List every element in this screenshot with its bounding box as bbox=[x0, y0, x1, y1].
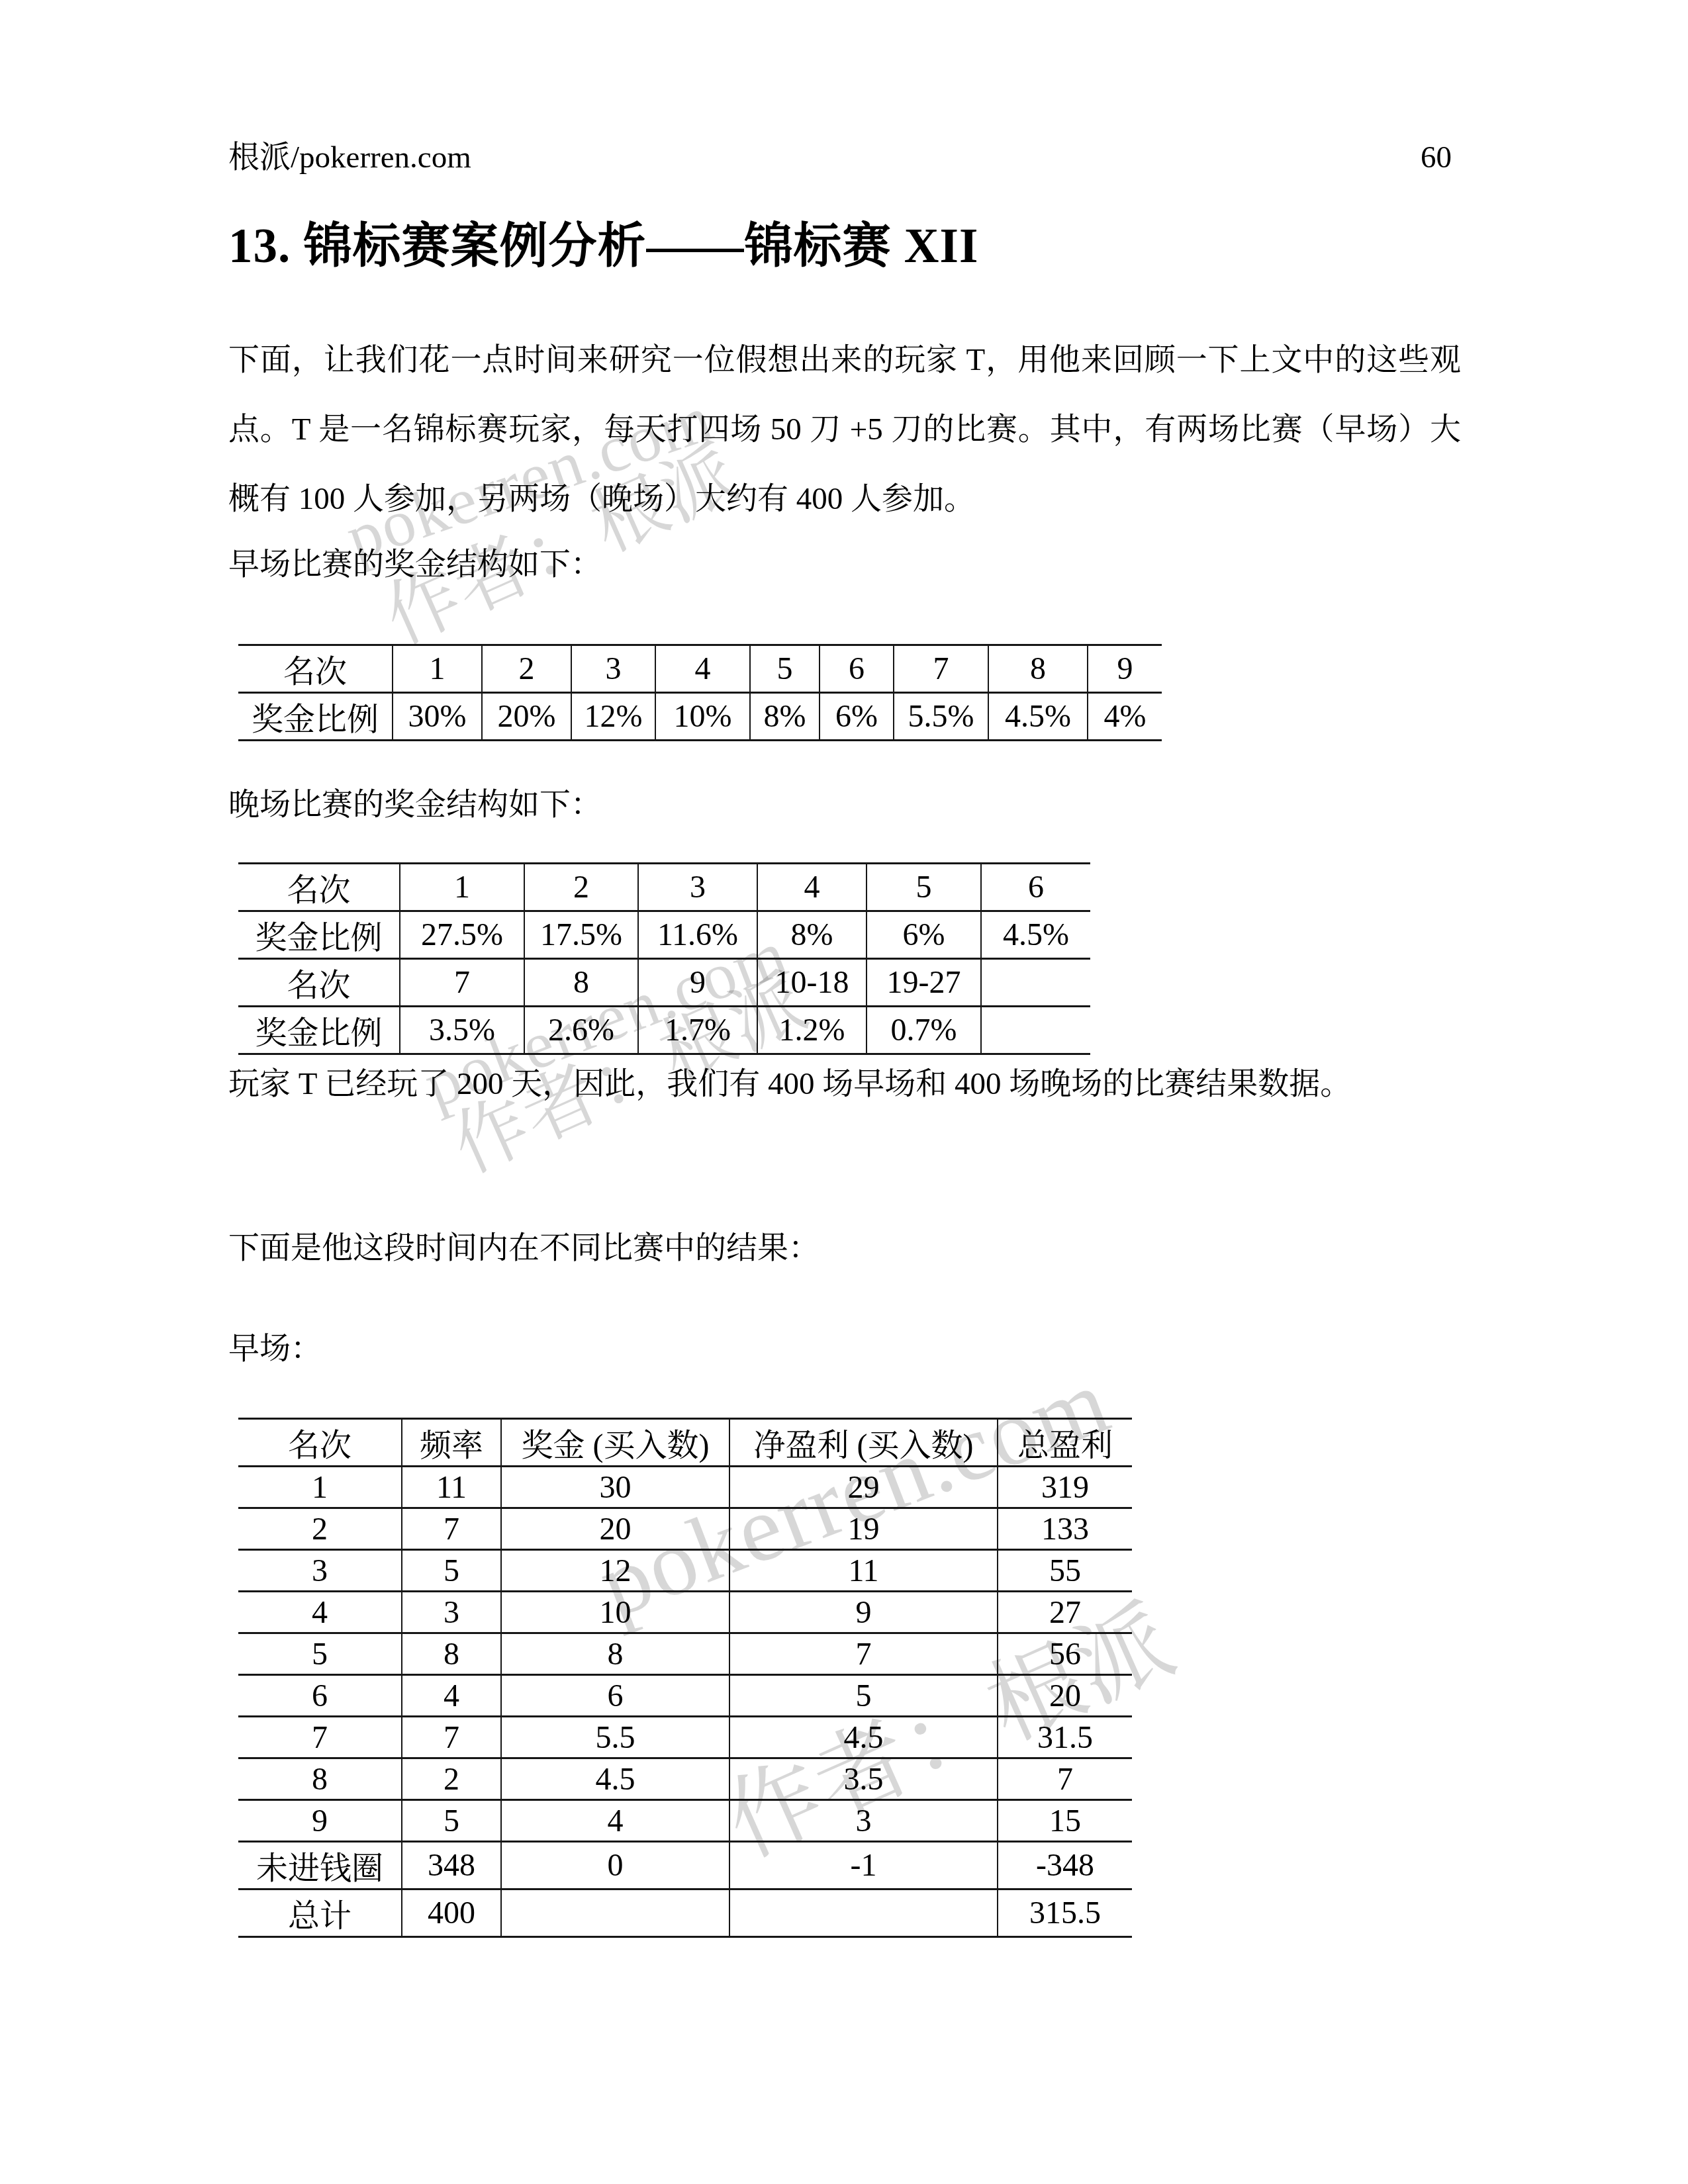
table-row: 646520 bbox=[238, 1675, 1132, 1717]
table-cell: 2 bbox=[482, 645, 571, 693]
table-row: 272019133 bbox=[238, 1508, 1132, 1550]
table-row: 奖金比例3.5%2.6%1.7%1.2%0.7% bbox=[238, 1007, 1090, 1054]
table-header-cell: 频率 bbox=[402, 1419, 501, 1467]
table-cell: 17.5% bbox=[524, 911, 638, 959]
table-row: 名次123456 bbox=[238, 864, 1090, 911]
table-row: 名次123456789 bbox=[238, 645, 1162, 693]
table-cell: 4 bbox=[757, 864, 867, 911]
morning-results-label: 早场： bbox=[228, 1324, 322, 1368]
table-cell: 8 bbox=[238, 1758, 402, 1800]
table-cell: 11.6% bbox=[638, 911, 757, 959]
table-cell: 19-27 bbox=[867, 959, 981, 1007]
table-cell: 5 bbox=[402, 1550, 501, 1592]
table-cell: 3 bbox=[729, 1800, 998, 1842]
table-cell: 55 bbox=[998, 1550, 1132, 1592]
table-cell: 1 bbox=[238, 1467, 402, 1508]
table-cell: 5 bbox=[729, 1675, 998, 1717]
table-cell: 7 bbox=[400, 959, 524, 1007]
table-cell: 4 bbox=[238, 1592, 402, 1633]
table-cell: 31.5 bbox=[998, 1717, 1132, 1758]
table-cell: 5.5 bbox=[501, 1717, 729, 1758]
table-cell: 4.5 bbox=[729, 1717, 998, 1758]
table-cell: 6 bbox=[981, 864, 1090, 911]
table-cell: 20 bbox=[501, 1508, 729, 1550]
table-cell: 5.5% bbox=[894, 693, 988, 741]
table-cell: 7 bbox=[729, 1633, 998, 1675]
table-cell: 奖金比例 bbox=[238, 1007, 400, 1054]
table-cell: 5 bbox=[750, 645, 820, 693]
table-cell bbox=[729, 1889, 998, 1937]
morning-results-table: 名次频率奖金 (买入数)净盈利 (买入数)总盈利1113029319272019… bbox=[238, 1418, 1132, 1938]
table-cell: 19 bbox=[729, 1508, 998, 1550]
data-note-paragraph: 玩家 T 已经玩了 200 天，因此，我们有 400 场早场和 400 场晚场的… bbox=[228, 1050, 1461, 1119]
table-cell: 3 bbox=[402, 1592, 501, 1633]
table-cell: 348 bbox=[402, 1842, 501, 1889]
table-cell: 6% bbox=[820, 693, 894, 741]
table-cell: 0 bbox=[501, 1842, 729, 1889]
table-cell: 名次 bbox=[238, 645, 393, 693]
table-cell: 8 bbox=[988, 645, 1088, 693]
table-cell: 奖金比例 bbox=[238, 693, 393, 741]
table-row: 名次频率奖金 (买入数)净盈利 (买入数)总盈利 bbox=[238, 1419, 1132, 1467]
table-cell: 11 bbox=[729, 1550, 998, 1592]
page-content: 根派/pokerren.com 60 13. 锦标赛案例分析——锦标赛 XII … bbox=[0, 0, 1688, 2184]
table-cell: 15 bbox=[998, 1800, 1132, 1842]
table-header-cell: 名次 bbox=[238, 1419, 402, 1467]
table-cell: 4% bbox=[1088, 693, 1162, 741]
table-cell: 8 bbox=[402, 1633, 501, 1675]
table-cell: 3.5 bbox=[729, 1758, 998, 1800]
table-cell: 8% bbox=[757, 911, 867, 959]
table-cell: 4 bbox=[501, 1800, 729, 1842]
table-row: 588756 bbox=[238, 1633, 1132, 1675]
table-cell: 2 bbox=[238, 1508, 402, 1550]
table-cell: 5 bbox=[402, 1800, 501, 1842]
table-cell: 7 bbox=[998, 1758, 1132, 1800]
table-cell: 4.5% bbox=[981, 911, 1090, 959]
table-cell: 5 bbox=[867, 864, 981, 911]
table-row: 总计400315.5 bbox=[238, 1889, 1132, 1937]
table-row: 4310927 bbox=[238, 1592, 1132, 1633]
table-row: 未进钱圈3480-1-348 bbox=[238, 1842, 1132, 1889]
table-cell: 12% bbox=[571, 693, 655, 741]
table-cell: 8% bbox=[750, 693, 820, 741]
table-cell: 2 bbox=[402, 1758, 501, 1800]
table-cell: 7 bbox=[402, 1717, 501, 1758]
table-header-cell: 净盈利 (买入数) bbox=[729, 1419, 998, 1467]
table-row: 名次78910-1819-27 bbox=[238, 959, 1090, 1007]
table-row: 775.54.531.5 bbox=[238, 1717, 1132, 1758]
table-cell: 400 bbox=[402, 1889, 501, 1937]
table-cell: 4 bbox=[655, 645, 750, 693]
table-cell: 2.6% bbox=[524, 1007, 638, 1054]
table-cell: 3 bbox=[571, 645, 655, 693]
table-cell: 奖金比例 bbox=[238, 911, 400, 959]
page-number: 60 bbox=[1421, 140, 1452, 175]
table-cell: 7 bbox=[894, 645, 988, 693]
table-cell: 1 bbox=[393, 645, 482, 693]
table-header-cell: 奖金 (买入数) bbox=[501, 1419, 729, 1467]
page-header: 根派/pokerren.com 60 bbox=[228, 132, 1452, 177]
table-cell: 4.5 bbox=[501, 1758, 729, 1800]
document-page: pokerren.com作者：根派pokerren.com作者：根派pokerr… bbox=[0, 0, 1688, 2184]
table-row: 954315 bbox=[238, 1800, 1132, 1842]
table-cell: 20% bbox=[482, 693, 571, 741]
table-cell: 4 bbox=[402, 1675, 501, 1717]
evening-structure-caption: 晚场比赛的奖金结构如下： bbox=[228, 780, 602, 824]
table-cell: 315.5 bbox=[998, 1889, 1132, 1937]
table-cell: 4.5% bbox=[988, 693, 1088, 741]
chapter-title: 13. 锦标赛案例分析——锦标赛 XII bbox=[228, 206, 978, 276]
header-site-label: 根派/pokerren.com bbox=[228, 132, 471, 177]
table-row: 35121155 bbox=[238, 1550, 1132, 1592]
table-cell: 10% bbox=[655, 693, 750, 741]
table-cell: 6 bbox=[238, 1675, 402, 1717]
table-row: 1113029319 bbox=[238, 1467, 1132, 1508]
table-cell: 名次 bbox=[238, 959, 400, 1007]
table-cell: 10 bbox=[501, 1592, 729, 1633]
table-cell: 29 bbox=[729, 1467, 998, 1508]
table-cell: 1 bbox=[400, 864, 524, 911]
table-cell: 9 bbox=[238, 1800, 402, 1842]
table-cell: 56 bbox=[998, 1633, 1132, 1675]
table-row: 奖金比例27.5%17.5%11.6%8%6%4.5% bbox=[238, 911, 1090, 959]
table-cell: 2 bbox=[524, 864, 638, 911]
table-cell: 27 bbox=[998, 1592, 1132, 1633]
table-row: 824.53.57 bbox=[238, 1758, 1132, 1800]
table-cell: 133 bbox=[998, 1508, 1132, 1550]
table-cell bbox=[981, 1007, 1090, 1054]
table-cell: 总计 bbox=[238, 1889, 402, 1937]
table-cell: 3 bbox=[238, 1550, 402, 1592]
table-cell: 6 bbox=[501, 1675, 729, 1717]
table-cell: 27.5% bbox=[400, 911, 524, 959]
table-cell: 30 bbox=[501, 1467, 729, 1508]
table-cell: 3.5% bbox=[400, 1007, 524, 1054]
table-cell: 8 bbox=[524, 959, 638, 1007]
table-cell: 0.7% bbox=[867, 1007, 981, 1054]
table-cell: 30% bbox=[393, 693, 482, 741]
table-cell: 12 bbox=[501, 1550, 729, 1592]
intro-paragraph: 下面，让我们花一点时间来研究一位假想出来的玩家 T，用他来回顾一下上文中的这些观… bbox=[228, 326, 1461, 534]
table-cell: 1.2% bbox=[757, 1007, 867, 1054]
table-cell: 11 bbox=[402, 1467, 501, 1508]
table-cell: -1 bbox=[729, 1842, 998, 1889]
table-cell: -348 bbox=[998, 1842, 1132, 1889]
table-cell bbox=[981, 959, 1090, 1007]
table-cell: 7 bbox=[238, 1717, 402, 1758]
table-cell: 10-18 bbox=[757, 959, 867, 1007]
table-cell: 8 bbox=[501, 1633, 729, 1675]
evening-structure-table: 名次123456奖金比例27.5%17.5%11.6%8%6%4.5%名次789… bbox=[238, 862, 1090, 1055]
table-cell: 1.7% bbox=[638, 1007, 757, 1054]
table-cell: 3 bbox=[638, 864, 757, 911]
morning-structure-caption: 早场比赛的奖金结构如下： bbox=[228, 539, 602, 584]
table-cell bbox=[501, 1889, 729, 1937]
table-cell: 9 bbox=[638, 959, 757, 1007]
morning-structure-table: 名次123456789奖金比例30%20%12%10%8%6%5.5%4.5%4… bbox=[238, 644, 1162, 741]
table-cell: 6% bbox=[867, 911, 981, 959]
table-cell: 319 bbox=[998, 1467, 1132, 1508]
table-cell: 6 bbox=[820, 645, 894, 693]
table-cell: 名次 bbox=[238, 864, 400, 911]
table-cell: 7 bbox=[402, 1508, 501, 1550]
table-row: 奖金比例30%20%12%10%8%6%5.5%4.5%4% bbox=[238, 693, 1162, 741]
table-cell: 9 bbox=[729, 1592, 998, 1633]
table-cell: 20 bbox=[998, 1675, 1132, 1717]
results-intro-line: 下面是他这段时间内在不同比赛中的结果： bbox=[228, 1223, 820, 1267]
table-cell: 5 bbox=[238, 1633, 402, 1675]
table-cell: 未进钱圈 bbox=[238, 1842, 402, 1889]
table-cell: 9 bbox=[1088, 645, 1162, 693]
table-header-cell: 总盈利 bbox=[998, 1419, 1132, 1467]
